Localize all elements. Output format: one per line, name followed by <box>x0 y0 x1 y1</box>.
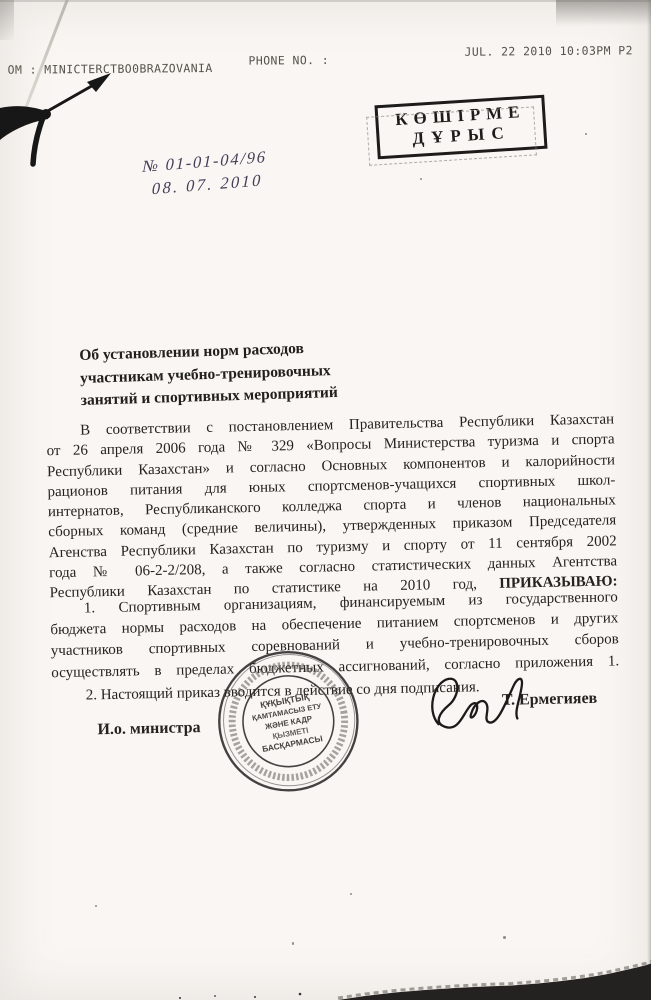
document-title: Об установлении норм расходов участникам… <box>79 335 411 413</box>
scan-speck <box>503 936 506 939</box>
scan-top-edge <box>0 0 651 2</box>
fax-timestamp: JUL. 22 2010 10:03PM P2 <box>464 43 633 58</box>
scan-speck <box>95 905 97 907</box>
scan-speck <box>420 178 422 180</box>
scanned-document-page: OM : MINICTERCTBO0BRAZOVANIA PHONE NO. :… <box>0 0 651 1000</box>
scan-corner-smudge <box>0 0 14 40</box>
official-round-stamp: ҚҰҚЫҚТЫҚ ҚАМТАМАСЫЗ ЕТУ ЖӘНЕ КАДР ҚЫЗМЕТ… <box>202 635 374 807</box>
certification-stamp: КӨШІРМЕ ДҰРЫС <box>374 95 547 160</box>
signer-title: И.о. министра <box>97 719 200 739</box>
handwritten-note: № 01-01-04/96 08. 07. 2010 <box>142 145 267 201</box>
scan-speck <box>292 942 294 945</box>
scan-speck <box>585 133 587 135</box>
preamble-paragraph: В соответствии с постановлением Правител… <box>46 409 618 604</box>
pen-arrow-mark <box>0 70 130 180</box>
fax-phone-label: PHONE NO. : <box>248 53 329 68</box>
scan-speck <box>350 893 352 895</box>
scan-top-right-smudge <box>556 0 651 26</box>
signature-scribble <box>423 666 535 748</box>
scan-bottom-artifact <box>0 950 651 1000</box>
scan-right-edge <box>647 0 651 1000</box>
